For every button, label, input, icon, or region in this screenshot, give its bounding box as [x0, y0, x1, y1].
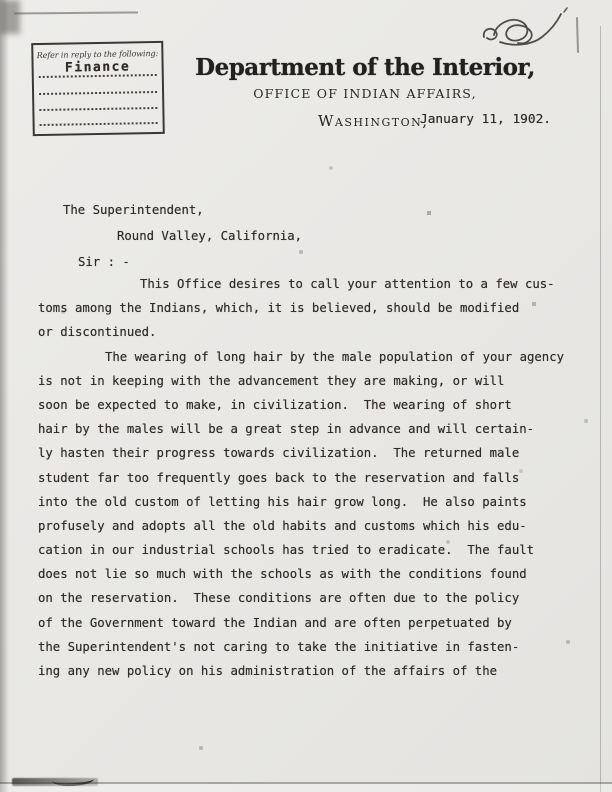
recipient-name: The Superintendent,: [63, 203, 204, 217]
place-name: Washington,: [318, 112, 429, 130]
scanned-letter-page: Refer in reply to the following: Finance…: [0, 0, 612, 792]
stamp-dotted-line: [40, 122, 158, 126]
letter-body-line: is not in keeping with the advancement t…: [38, 369, 598, 393]
scan-corner-shadow: [0, 0, 20, 34]
recipient-location: Round Valley, California,: [117, 229, 302, 243]
letter-body-line: on the reservation. These conditions are…: [38, 586, 598, 610]
letter-body-line: student far too frequently goes back to …: [38, 466, 598, 490]
scan-bottom-strip: [0, 784, 612, 792]
letter-body: This Office desires to call your attenti…: [38, 272, 598, 683]
scan-line-top: [14, 11, 138, 14]
letter-body-line: ing any new policy on his administration…: [38, 659, 598, 683]
stamp-dotted-line: [39, 91, 157, 95]
letter-body-line: This Office desires to call your attenti…: [38, 272, 598, 296]
letter-body-line: does not lie so much with the schools as…: [38, 562, 598, 586]
letter-body-line: hair by the males will be a great step i…: [38, 417, 598, 441]
salutation: Sir : -: [78, 255, 130, 269]
letter-body-line: of the Government toward the Indian and …: [38, 611, 598, 635]
letter-body-line: the Superintendent's not caring to take …: [38, 635, 598, 659]
scan-edge-left: [0, 0, 9, 792]
paper-specks: [0, 0, 2, 2]
letter-body-line: toms among the Indians, which, it is bel…: [38, 296, 598, 320]
department-title: Department of the Interior,: [150, 54, 580, 81]
letter-body-line: or discontinued.: [38, 320, 598, 344]
letter-body-line: profusely and adopts all the old habits …: [38, 514, 598, 538]
reply-reference-stamp-box: Refer in reply to the following: Finance: [31, 41, 165, 136]
scan-line-right: [600, 26, 601, 792]
handwritten-initials-scribble: [478, 5, 588, 55]
letter-body-line: ly hasten their progress towards civiliz…: [38, 441, 598, 465]
letter-body-line: cation in our industrial schools has tri…: [38, 538, 598, 562]
letter-body-line: The wearing of long hair by the male pop…: [38, 345, 598, 369]
letter-date: January 11, 1902.: [420, 112, 551, 127]
office-subtitle: OFFICE OF INDIAN AFFAIRS,: [150, 86, 580, 101]
stamp-dotted-line: [39, 107, 157, 111]
letter-body-line: into the old custom of letting his hair …: [38, 490, 598, 514]
pen-tick-mark: [564, 8, 567, 12]
pen-vertical-stroke: [577, 18, 578, 52]
letter-body-line: soon be expected to make, in civilizatio…: [38, 393, 598, 417]
pen-scribble-path: [484, 14, 561, 45]
